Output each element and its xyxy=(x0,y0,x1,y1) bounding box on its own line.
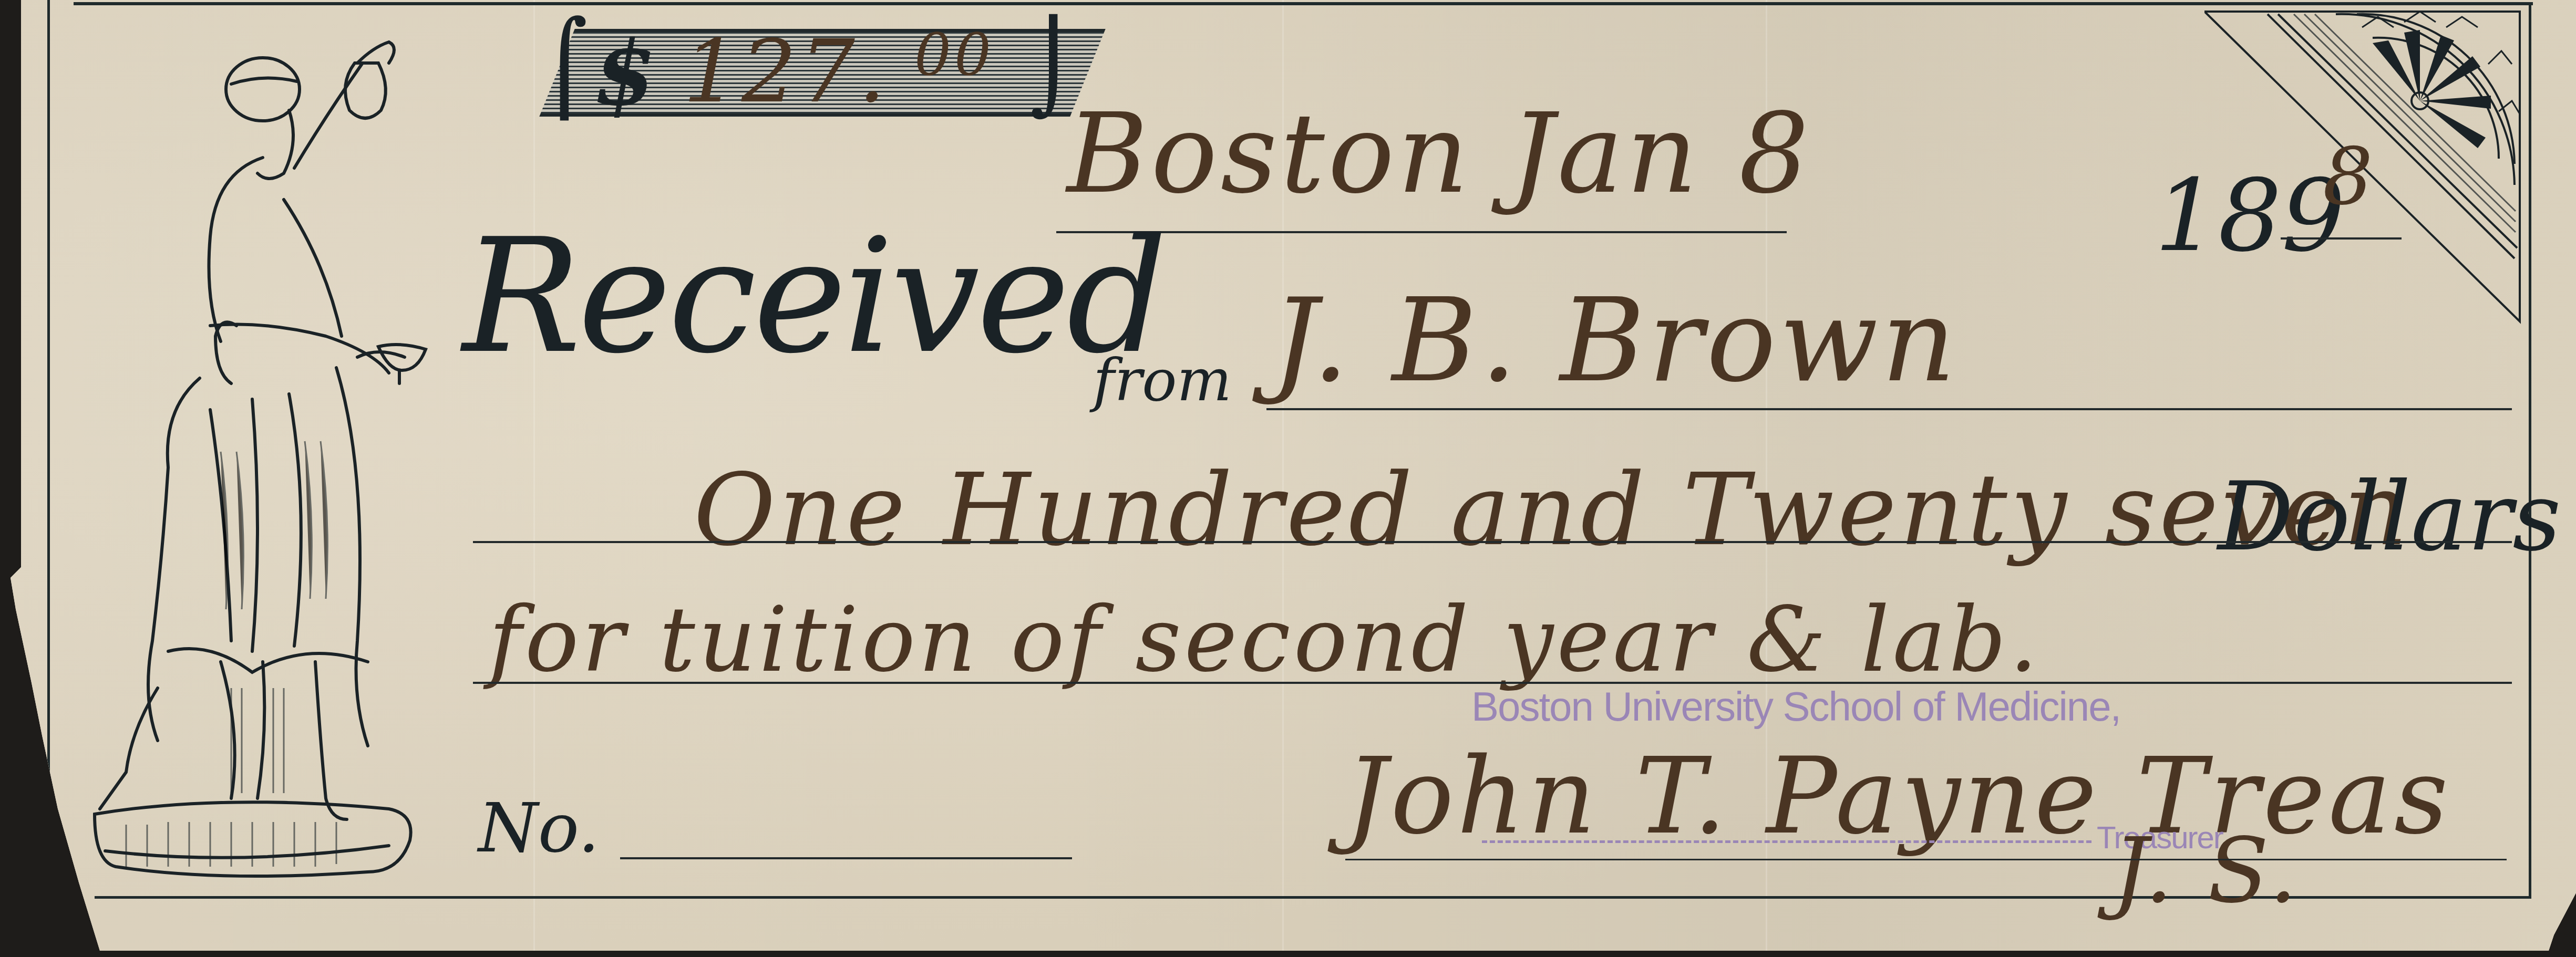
payer-name: J. B. Brown xyxy=(1272,273,1959,408)
receipt-paper: ⌠ ⌡ $ 127. 00 Boston Jan 8 189 8 Receive… xyxy=(0,0,2576,951)
amount-box-left-scroll-icon: ⌠ xyxy=(541,16,588,120)
amount-in-words: One Hundred and Twenty seven xyxy=(694,452,2411,568)
classical-figure-engraving-icon xyxy=(63,32,462,893)
dollars-label: Dollars xyxy=(2218,462,2561,572)
institution-stamp: Boston University School of Medicine, xyxy=(1471,683,2120,731)
payment-purpose: for tuition of second year & lab. xyxy=(489,588,2041,692)
number-line-rule xyxy=(620,857,1072,859)
perforated-edge xyxy=(0,0,7,567)
treasurer-initials: J. S. xyxy=(2113,819,2300,923)
border-right xyxy=(2529,2,2531,898)
amount-currency-symbol: $ xyxy=(594,21,656,126)
signature-line-rule xyxy=(1345,859,2507,860)
year-suffix: 8 xyxy=(2323,131,2376,223)
date-line-rule xyxy=(1056,231,1787,233)
payer-line-rule xyxy=(1266,408,2512,410)
amount-figure: 127. xyxy=(683,21,889,122)
stamp-signature-dash xyxy=(1482,840,2091,843)
received-label: Received xyxy=(462,205,1165,388)
from-label: from xyxy=(1093,347,1232,414)
amount-cents: 00 xyxy=(914,21,994,88)
place-and-date: Boston Jan 8 xyxy=(1067,89,1812,218)
year-prefix: 189 xyxy=(2155,158,2345,274)
amount-words-line-rule xyxy=(473,541,2512,543)
border-left xyxy=(47,0,50,893)
number-label: No. xyxy=(478,788,600,868)
border-top xyxy=(74,2,2533,5)
year-line-rule xyxy=(2281,237,2402,240)
